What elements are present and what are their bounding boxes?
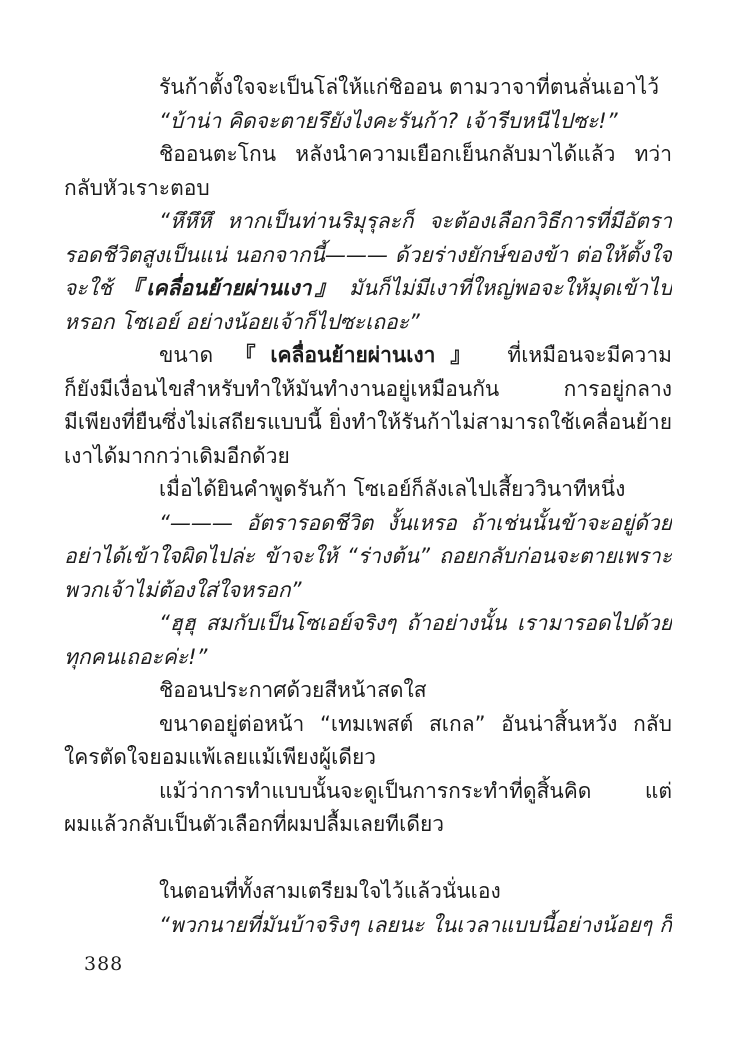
text-segment: ทุกคนเถอะค่ะ!”: [64, 645, 207, 669]
text-line: หรอก โซเอย์ อย่างน้อยเจ้าก็ไปซะเถอะ”: [64, 306, 672, 340]
text-segment: “ฮุฮุ สมกับเป็นโซเอย์จริงๆ ถ้าอย่างนั้น …: [64, 611, 672, 641]
text-line: รอดชีวิตสูงเป็นแน่ นอกจากนี้——— ด้วยร่าง…: [64, 239, 672, 273]
text-line: จะใช้ 『เคลื่อนย้ายผ่านเงา』 มันก็ไม่มีเงา…: [64, 272, 672, 306]
text-segment: กลับหัวเราะตอบ: [64, 176, 210, 200]
text-segment: จะใช้: [64, 276, 122, 300]
text-segment: “พวกนายที่มันบ้าจริงๆ เลยนะ ในเวลาแบบนี้…: [159, 913, 672, 937]
text-segment: แม้ว่าการทำแบบนั้นจะดูเป็นการกระทำที่ดูส…: [64, 779, 672, 809]
text-line: “——— อัตรารอดชีวิต งั้นเหรอ ถ้าเช่นนั้นข…: [64, 507, 672, 541]
text-line: ในตอนที่ทั้งสามเตรียมใจไว้แล้วนั่นเอง: [64, 875, 672, 909]
text-segment: ก็ยังมีเงื่อนไขสำหรับทำให้มันทำงานอยู่เห…: [64, 377, 672, 407]
text-segment: ผมแล้วกลับเป็นตัวเลือกที่ผมปลื้มเลยทีเดี…: [64, 812, 444, 836]
page-number: 388: [84, 953, 123, 975]
text-line: เมื่อได้ยินคำพูดรันก้า โซเอย์ก็ลังเลไปเส…: [64, 473, 672, 507]
text-line: ผมแล้วกลับเป็นตัวเลือกที่ผมปลื้มเลยทีเดี…: [64, 808, 672, 842]
text-segment: ขนาดอยู่ต่อหน้า “เทมเพสต์ สเกล” อันน่าสิ…: [64, 712, 672, 742]
text-line: “พวกนายที่มันบ้าจริงๆ เลยนะ ในเวลาแบบนี้…: [64, 909, 672, 943]
text-line: ชิออนตะโกน หลังนำความเยือกเย็นกลับมาได้แ…: [64, 138, 672, 172]
text-line: ขนาด 『เคลื่อนย้ายผ่านเงา』 ที่เหมือนจะมีค…: [64, 339, 672, 373]
text-segment: “หึหึหึ หากเป็นท่านริมุรุละก็ จะต้องเลือ…: [64, 209, 672, 239]
text-segment: พวกเจ้าไม่ต้องใส่ใจหรอก”: [64, 578, 302, 602]
text-segment: ชิออนตะโกน หลังนำความเยือกเย็นกลับมาได้แ…: [64, 142, 672, 172]
text-segment: ในตอนที่ทั้งสามเตรียมใจไว้แล้วนั่นเอง: [159, 879, 501, 903]
book-page: รันก้าตั้งใจจะเป็นโล่ให้แก่ชิออน ตามวาจา…: [0, 0, 738, 1051]
text-line: กลับหัวเราะตอบ: [64, 172, 672, 206]
text-line: พวกเจ้าไม่ต้องใส่ใจหรอก”: [64, 574, 672, 608]
text-line: ใครตัดใจยอมแพ้เลยแม้เพียงผู้เดียว: [64, 741, 672, 775]
text-segment: “บ้าน่า คิดจะตายรึยังไงคะรันก้า? เจ้ารีบ…: [159, 109, 618, 133]
text-line: มีเพียงที่ยืนซึ่งไม่เสถียรแบบนี้ ยิ่งทำใ…: [64, 406, 672, 440]
text-line: ขนาดอยู่ต่อหน้า “เทมเพสต์ สเกล” อันน่าสิ…: [64, 708, 672, 742]
blank-line: [64, 842, 672, 876]
text-segment: เมื่อได้ยินคำพูดรันก้า โซเอย์ก็ลังเลไปเส…: [159, 477, 625, 501]
text-segment: รอดชีวิตสูงเป็นแน่ นอกจากนี้——— ด้วยร่าง…: [64, 243, 672, 267]
text-segment: เงาได้มากกว่าเดิมอีกด้วย: [64, 444, 290, 468]
text-line: ทุกคนเถอะค่ะ!”: [64, 641, 672, 675]
text-line: ชิออนประกาศด้วยสีหน้าสดใส: [64, 674, 672, 708]
text-line: อย่าได้เข้าใจผิดไปล่ะ ข้าจะให้ “ร่างต้น”…: [64, 540, 672, 574]
text-line: ก็ยังมีเงื่อนไขสำหรับทำให้มันทำงานอยู่เห…: [64, 373, 672, 407]
text-line: เงาได้มากกว่าเดิมอีกด้วย: [64, 440, 672, 474]
text-line: “หึหึหึ หากเป็นท่านริมุรุละก็ จะต้องเลือ…: [64, 205, 672, 239]
text-segment: ชิออนประกาศด้วยสีหน้าสดใส: [159, 678, 427, 702]
text-segment: หรอก โซเอย์ อย่างน้อยเจ้าก็ไปซะเถอะ”: [64, 310, 420, 334]
text-segment: ขนาด: [159, 343, 235, 367]
skill-name-text: 『เคลื่อนย้ายผ่านเงา』: [122, 276, 339, 300]
text-segment: “——— อัตรารอดชีวิต งั้นเหรอ ถ้าเช่นนั้นข…: [64, 511, 672, 541]
text-segment: รันก้าตั้งใจจะเป็นโล่ให้แก่ชิออน ตามวาจา…: [159, 75, 659, 99]
text-segment: ใครตัดใจยอมแพ้เลยแม้เพียงผู้เดียว: [64, 745, 376, 769]
text-line: แม้ว่าการทำแบบนั้นจะดูเป็นการกระทำที่ดูส…: [64, 775, 672, 809]
skill-name-text: 『เคลื่อนย้ายผ่านเงา』: [235, 343, 486, 367]
text-block: รันก้าตั้งใจจะเป็นโล่ให้แก่ชิออน ตามวาจา…: [64, 71, 672, 942]
text-line: “บ้าน่า คิดจะตายรึยังไงคะรันก้า? เจ้ารีบ…: [64, 105, 672, 139]
text-line: รันก้าตั้งใจจะเป็นโล่ให้แก่ชิออน ตามวาจา…: [64, 71, 672, 105]
text-segment: อย่าได้เข้าใจผิดไปล่ะ ข้าจะให้ “ร่างต้น”…: [64, 544, 672, 574]
text-segment: มีเพียงที่ยืนซึ่งไม่เสถียรแบบนี้ ยิ่งทำใ…: [64, 410, 672, 440]
text-line: “ฮุฮุ สมกับเป็นโซเอย์จริงๆ ถ้าอย่างนั้น …: [64, 607, 672, 641]
